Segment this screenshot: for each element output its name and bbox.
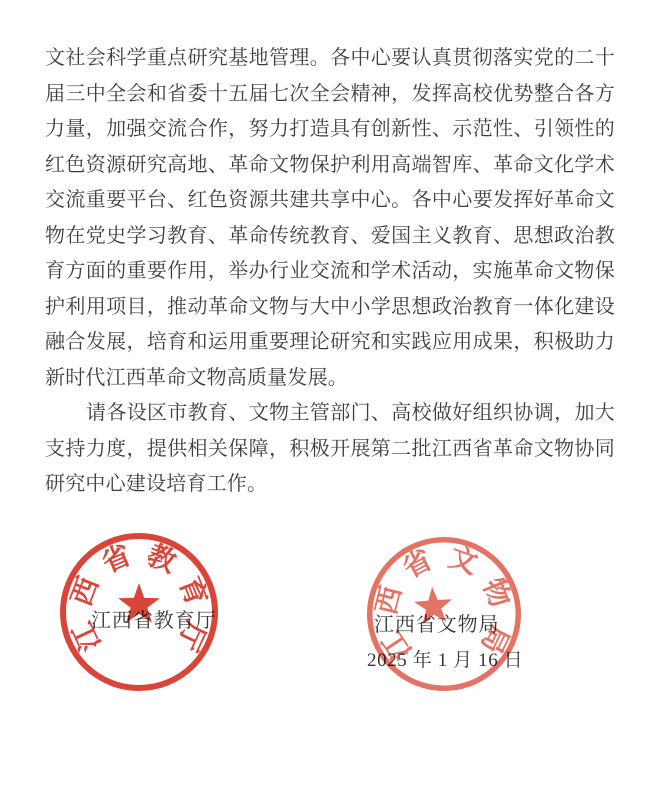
text-line: 届三中全会和省委十五届七次全会精神，发挥高校优势整合各方	[45, 77, 615, 113]
seal-arc-char: 育	[173, 572, 214, 610]
text-line: 护利用项目，推动革命文物与大中小学思想政治教育一体化建设	[45, 290, 615, 326]
text-line: 交流重要平台、红色资源共建共享中心。各中心要发挥好革命文	[45, 183, 615, 219]
text-line: 红色资源研究高地、革命文物保护利用高端智库、革命文化学术	[45, 148, 615, 184]
seal-arc-char: 文	[445, 541, 482, 581]
signature-date: 2025 年 1 月 16 日	[367, 645, 523, 672]
seal-arc-char: 教	[142, 539, 181, 580]
seal-arc-char: 省	[97, 539, 135, 579]
seal-arc-char: 西	[370, 583, 408, 618]
text-line: 力量，加强交流合作，努力打造具有创新性、示范性、引领性的	[45, 112, 615, 148]
seal-arc-char: 物	[476, 574, 516, 612]
text-line: 物在党史学习教育、革命传统教育、爱国主义教育、思想政治教	[45, 219, 615, 255]
signature-education-dept: 江西省教育厅	[91, 610, 216, 632]
text-line: 支持力度，提供相关保障，积极开展第二批江西省革命文物协同	[45, 432, 615, 468]
text-line: 新时代江西革命文物高质量发展。	[45, 361, 615, 397]
text-line: 文社会科学重点研究基地管理。各中心要认真贯彻落实党的二十	[45, 41, 615, 77]
document-page: 文社会科学重点研究基地管理。各中心要认真贯彻落实党的二十届三中全会和省委十五届七…	[0, 0, 650, 806]
document-body: 文社会科学重点研究基地管理。各中心要认真贯彻落实党的二十届三中全会和省委十五届七…	[45, 41, 615, 503]
text-line: 融合发展，培育和运用重要理论研究和实践应用成果，积极助力	[45, 325, 615, 361]
seal-arc-char: 省	[398, 543, 438, 584]
seal-arc-char: 西	[65, 573, 105, 611]
text-line: 研究中心建设培育工作。	[45, 467, 615, 503]
signature-relics-bureau: 江西省文物局	[374, 614, 499, 636]
text-line: 请各设区市教育、文物主管部门、高校做好组织协调，加大	[45, 396, 615, 432]
text-line: 育方面的重要作用，举办行业交流和学术活动，实施革命文物保	[45, 254, 615, 290]
